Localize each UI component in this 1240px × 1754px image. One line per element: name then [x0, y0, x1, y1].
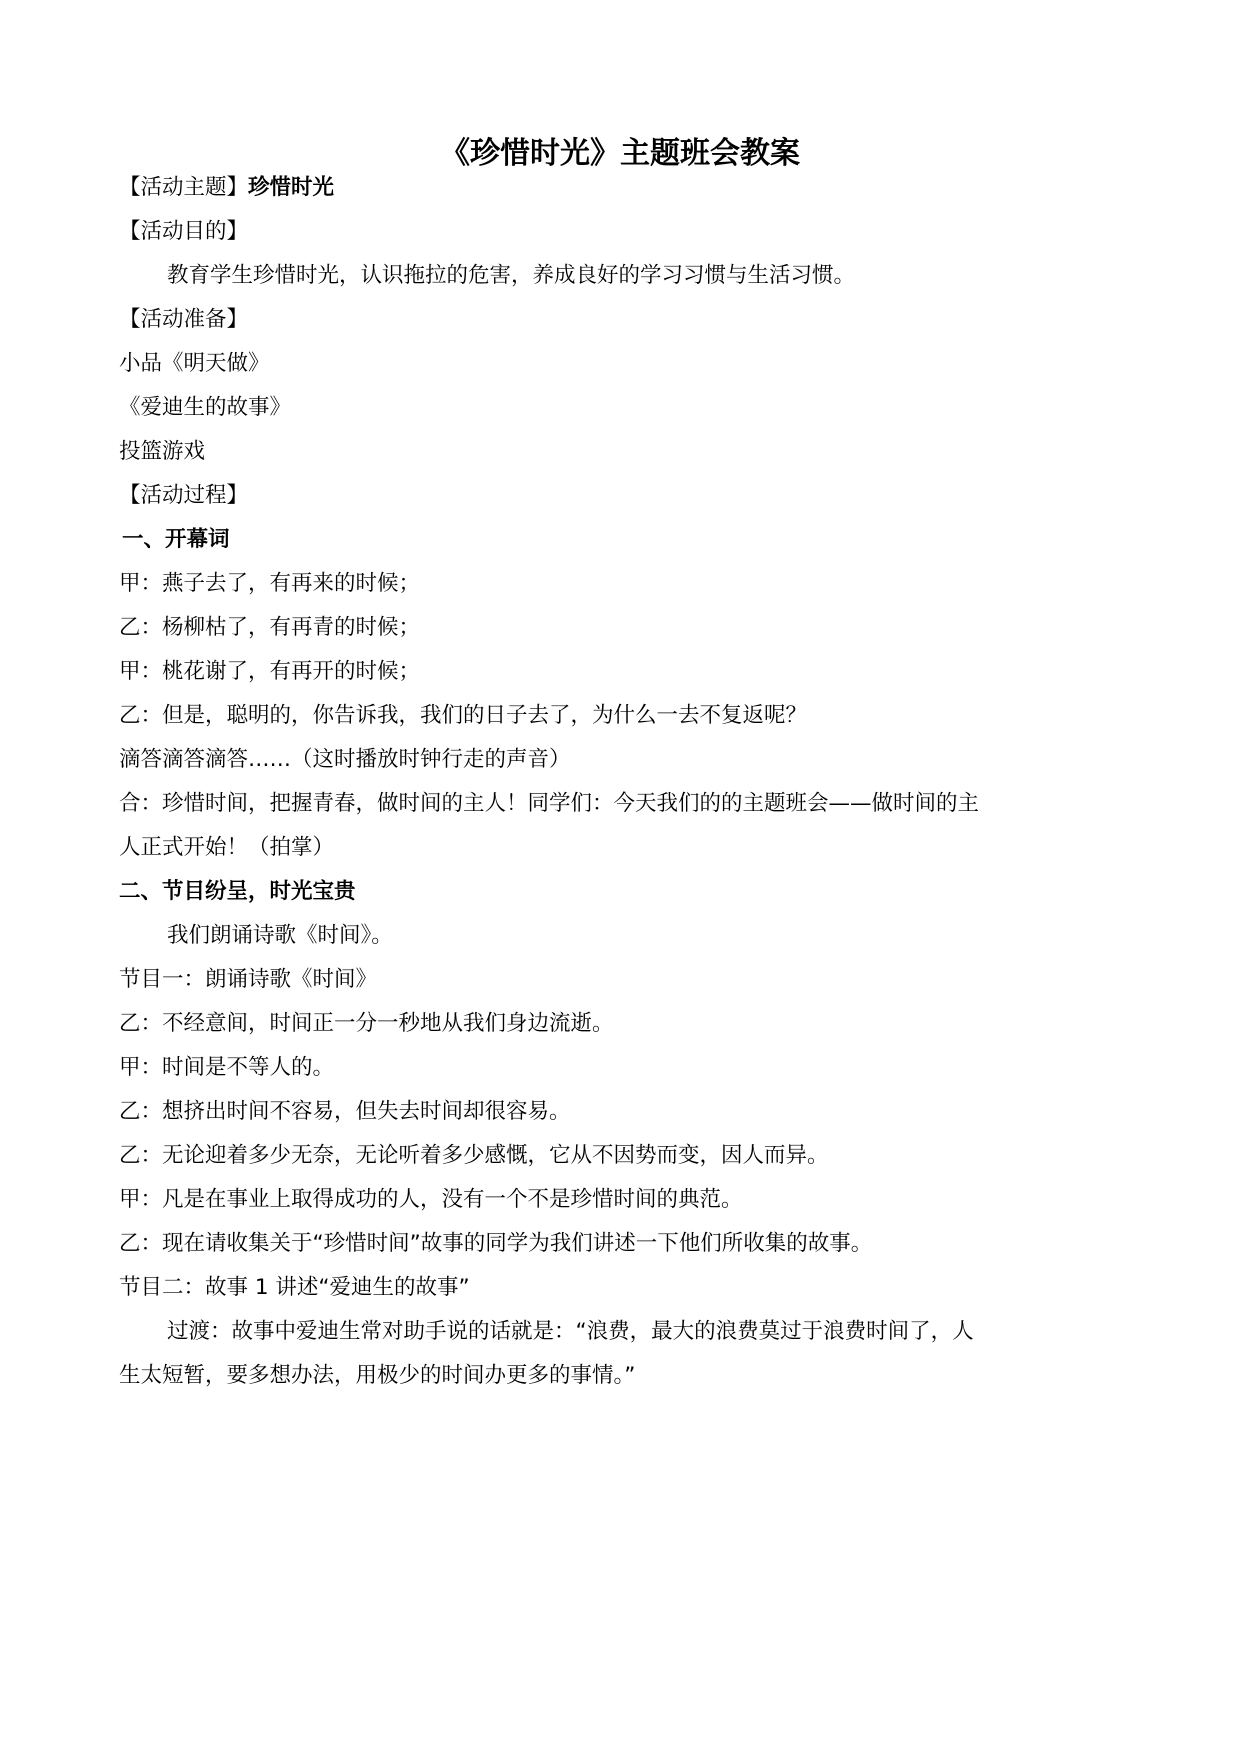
transition-text-continued: 生太短暂，要多想办法，用极少的时间办更多的事情。”: [119, 1361, 635, 1391]
dialogue-line: 乙：现在请收集关于“珍惜时间”故事的同学为我们讲述一下他们所收集的故事。: [119, 1229, 872, 1259]
preparation-label: 【活动准备】: [119, 305, 248, 335]
document-title: 《珍惜时光》主题班会教案: [0, 128, 1240, 172]
theme-row: 【活动主题】珍惜时光: [119, 173, 334, 203]
dialogue-line: 乙：不经意间，时间正一分一秒地从我们身边流逝。: [119, 1009, 614, 1039]
dialogue-line: 节目二：故事 1 讲述“爱迪生的故事”: [119, 1273, 470, 1303]
dialogue-line: 乙：杨柳枯了，有再青的时候；: [119, 613, 420, 643]
purpose-label: 【活动目的】: [119, 217, 248, 247]
preparation-item: 投篮游戏: [119, 437, 205, 467]
dialogue-line: 甲：时间是不等人的。: [119, 1053, 334, 1083]
preparation-item: 《爱迪生的故事》: [119, 393, 291, 423]
preparation-item: 小品《明天做》: [119, 349, 270, 379]
document-page: 《珍惜时光》主题班会教案 【活动主题】珍惜时光 【活动目的】 教育学生珍惜时光，…: [0, 0, 1240, 1754]
section-intro: 我们朗诵诗歌《时间》。: [167, 921, 393, 951]
section-heading-opening: 一、开幕词: [122, 525, 230, 555]
theme-value: 珍惜时光: [248, 175, 334, 200]
dialogue-line: 人正式开始！（拍掌）: [119, 833, 334, 863]
dialogue-line: 甲：凡是在事业上取得成功的人，没有一个不是珍惜时间的典范。: [119, 1185, 743, 1215]
transition-text: 过渡：故事中爱迪生常对助手说的话就是：“浪费，最大的浪费莫过于浪费时间了，人: [167, 1317, 974, 1347]
dialogue-line: 乙：但是，聪明的，你告诉我，我们的日子去了，为什么一去不复返呢？: [119, 701, 807, 731]
dialogue-line: 乙：无论迎着多少无奈，无论听着多少感慨，它从不因势而变，因人而异。: [119, 1141, 829, 1171]
dialogue-line: 滴答滴答滴答……（这时播放时钟行走的声音）: [119, 745, 571, 775]
dialogue-line: 甲：桃花谢了，有再开的时候；: [119, 657, 420, 687]
dialogue-line: 节目一：朗诵诗歌《时间》: [119, 965, 377, 995]
process-label: 【活动过程】: [119, 481, 248, 511]
purpose-text: 教育学生珍惜时光，认识拖拉的危害，养成良好的学习习惯与生活习惯。: [167, 261, 855, 291]
section-heading-programs: 二、节目纷呈，时光宝贵: [119, 877, 356, 907]
dialogue-line: 乙：想挤出时间不容易，但失去时间却很容易。: [119, 1097, 571, 1127]
dialogue-line: 合：珍惜时间，把握青春，做时间的主人！同学们：今天我们的的主题班会——做时间的主: [119, 789, 979, 819]
dialogue-line: 甲：燕子去了，有再来的时候；: [119, 569, 420, 599]
theme-label: 【活动主题】: [119, 175, 248, 200]
